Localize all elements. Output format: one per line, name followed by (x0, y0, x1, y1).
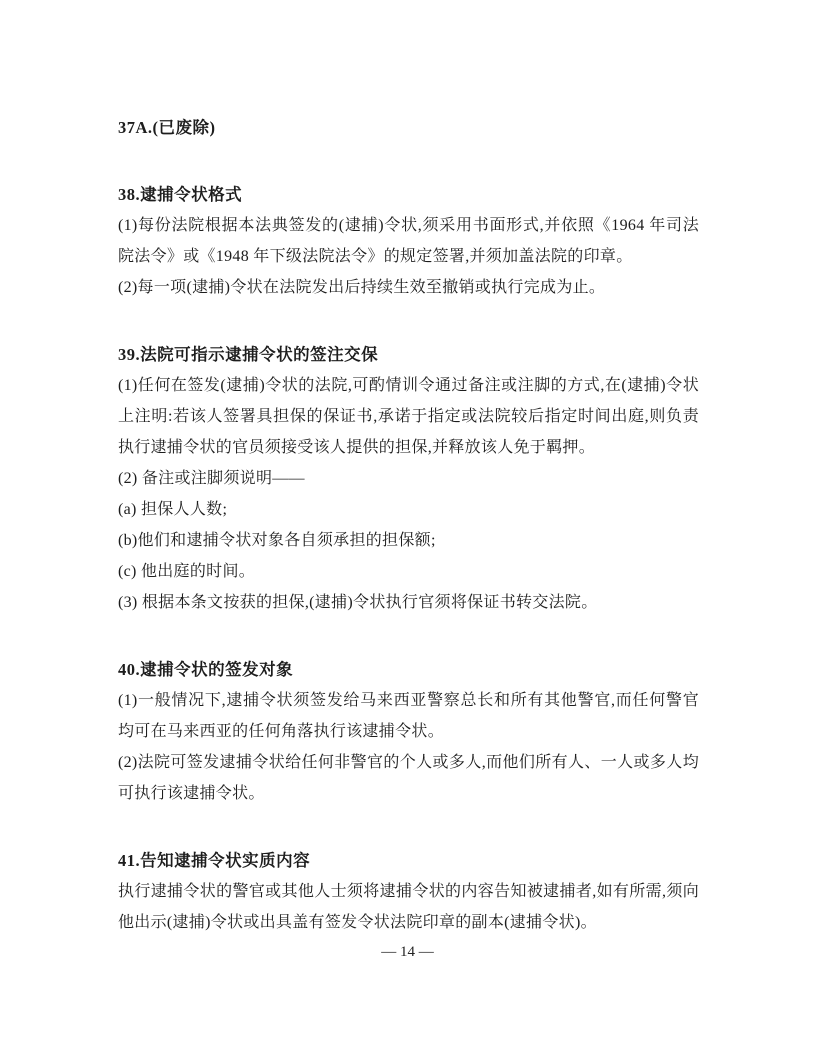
section-41: 41.告知逮捕令状实质内容 执行逮捕令状的警官或其他人士须将逮捕令状的内容告知被… (118, 845, 699, 938)
paragraph: (1)任何在签发(逮捕)令状的法院,可酌情训令通过备注或注脚的方式,在(逮捕)令… (118, 370, 699, 463)
section-heading: 39.法院可指示逮捕令状的签注交保 (118, 339, 699, 370)
paragraph: (2) 备注或注脚须说明—— (118, 463, 699, 494)
paragraph: (2)每一项(逮捕)令状在法院发出后持续生效至撤销或执行完成为止。 (118, 272, 699, 303)
section-38: 38.逮捕令状格式 (1)每份法院根据本法典签发的(逮捕)令状,须采用书面形式,… (118, 179, 699, 303)
page-footer: — 14 — (0, 938, 815, 966)
document-content: 37A.(已废除) 38.逮捕令状格式 (1)每份法院根据本法典签发的(逮捕)令… (118, 112, 699, 938)
list-item: (b)他们和逮捕令状对象各自须承担的担保额; (118, 525, 699, 556)
page-number: — 14 — (381, 944, 434, 960)
section-39: 39.法院可指示逮捕令状的签注交保 (1)任何在签发(逮捕)令状的法院,可酌情训… (118, 339, 699, 618)
list-item: (a) 担保人人数; (118, 494, 699, 525)
section-heading: 40.逮捕令状的签发对象 (118, 654, 699, 685)
section-37a: 37A.(已废除) (118, 112, 699, 143)
section-heading: 37A.(已废除) (118, 112, 699, 143)
section-heading: 38.逮捕令状格式 (118, 179, 699, 210)
paragraph: (2)法院可签发逮捕令状给任何非警官的个人或多人,而他们所有人、一人或多人均可执… (118, 747, 699, 809)
paragraph: (1)一般情况下,逮捕令状须签发给马来西亚警察总长和所有其他警官,而任何警官均可… (118, 685, 699, 747)
section-heading: 41.告知逮捕令状实质内容 (118, 845, 699, 876)
paragraph: (1)每份法院根据本法典签发的(逮捕)令状,须采用书面形式,并依照《1964 年… (118, 210, 699, 272)
list-item: (c) 他出庭的时间。 (118, 556, 699, 587)
paragraph: (3) 根据本条文按获的担保,(逮捕)令状执行官须将保证书转交法院。 (118, 587, 699, 618)
document-page: 37A.(已废除) 38.逮捕令状格式 (1)每份法院根据本法典签发的(逮捕)令… (0, 0, 815, 1055)
section-40: 40.逮捕令状的签发对象 (1)一般情况下,逮捕令状须签发给马来西亚警察总长和所… (118, 654, 699, 809)
paragraph: 执行逮捕令状的警官或其他人士须将逮捕令状的内容告知被逮捕者,如有所需,须向他出示… (118, 876, 699, 938)
